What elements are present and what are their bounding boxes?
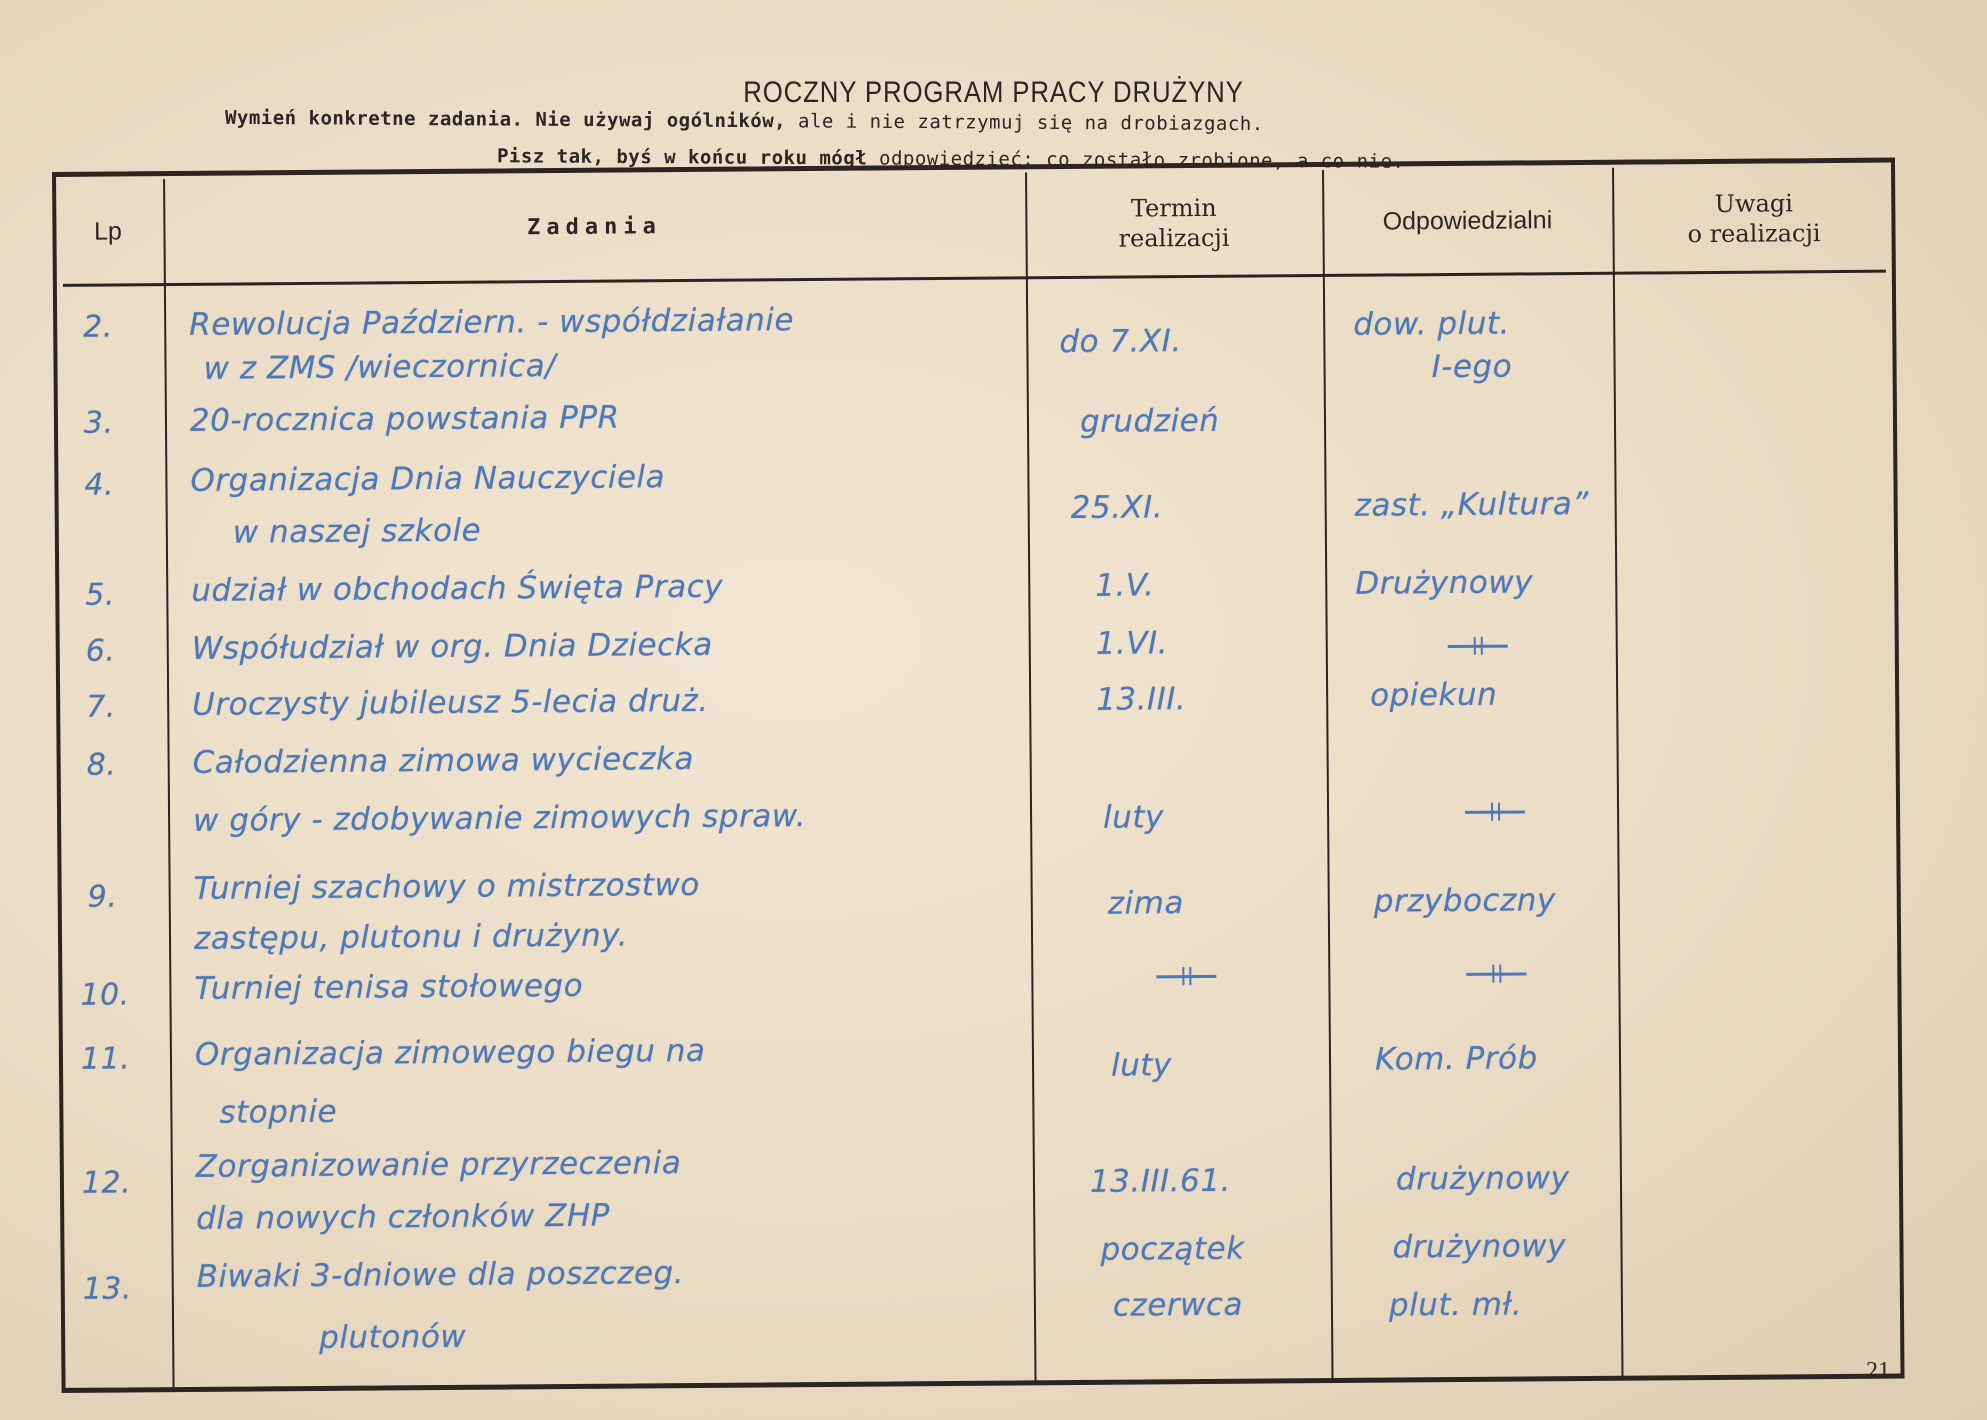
- row-lp: 5.: [85, 578, 115, 613]
- row-task: w naszej szkole: [233, 513, 482, 551]
- header-odpowiedzialni: Odpowiedzialni: [1322, 168, 1613, 274]
- row-lp: 8.: [87, 748, 117, 783]
- row-task: Zorganizowanie przyrzeczenia: [196, 1145, 682, 1185]
- row-task: 20-rocznica powstania PPR: [190, 400, 620, 439]
- header-uwagi-line2: o realizacji: [1687, 218, 1820, 249]
- row-deadline: 1.VI.: [1096, 625, 1169, 662]
- row-deadline: zima: [1108, 885, 1184, 922]
- row-deadline: do 7.XI.: [1059, 323, 1182, 360]
- row-deadline: czerwca: [1113, 1287, 1243, 1324]
- row-lp: 2.: [83, 310, 113, 345]
- row-deadline: 13.III.61.: [1090, 1163, 1231, 1200]
- row-responsible: opiekun: [1370, 677, 1497, 714]
- ditto-mark: [1156, 975, 1216, 978]
- row-responsible: przyboczny: [1374, 882, 1556, 919]
- row-lp: 10.: [80, 977, 129, 1012]
- header-termin-line1: Termin: [1131, 193, 1217, 224]
- row-task: Rewolucja Październ. - współdziałanie: [189, 302, 794, 343]
- row-responsible: zast. „Kultura”: [1355, 486, 1589, 524]
- row-task: plutonów: [319, 1319, 466, 1356]
- row-task: Współudział w org. Dnia Dziecka: [192, 627, 713, 667]
- row-lp: 7.: [86, 690, 116, 725]
- row-responsible: drużynowy: [1392, 1228, 1566, 1265]
- row-task: w góry - zdobywanie zimowych spraw.: [193, 798, 806, 839]
- row-lp: 3.: [84, 406, 114, 441]
- row-task: Uroczysty jubileusz 5-lecia druż.: [192, 683, 709, 723]
- row-lp: 6.: [86, 634, 116, 669]
- page-number: 21: [1866, 1358, 1890, 1385]
- row-task: stopnie: [219, 1094, 337, 1131]
- instructions-line-1: Wymień konkretne zadania. Nie używaj ogó…: [225, 107, 1264, 135]
- row-responsible: drużynowy: [1396, 1160, 1570, 1197]
- row-lp: 12.: [82, 1165, 131, 1200]
- ditto-mark: [1466, 972, 1526, 975]
- row-deadline: grudzień: [1080, 403, 1220, 440]
- header-lp: Lp: [52, 179, 164, 284]
- header-zadania: Zadania: [163, 172, 1026, 283]
- row-deadline: początek: [1100, 1231, 1244, 1268]
- header-termin: Termin realizacji: [1025, 170, 1323, 276]
- row-task: Biwaki 3-dniowe dla poszczeg.: [197, 1255, 685, 1295]
- instructions-line-1-regular: ale i nie zatrzymuj się na drobiazgach.: [786, 110, 1264, 135]
- row-lp: 4.: [84, 468, 114, 503]
- ditto-mark: [1448, 645, 1508, 648]
- header-termin-line2: realizacji: [1119, 223, 1230, 254]
- row-deadline: 1.V.: [1095, 567, 1154, 603]
- instructions-line-1-bold: Wymień konkretne zadania. Nie używaj ogó…: [225, 107, 786, 132]
- row-responsible: plut. mł.: [1389, 1286, 1523, 1323]
- row-responsible: dow. plut.: [1353, 306, 1510, 343]
- row-lp: 9.: [88, 880, 118, 915]
- row-task: w z ZMS /wieczornica/: [203, 348, 556, 387]
- program-table: Lp Zadania Termin realizacji Odpowiedzia…: [52, 158, 1905, 1393]
- row-task: Organizacja zimowego biegu na: [195, 1033, 706, 1073]
- row-responsible: I-ego: [1431, 349, 1512, 386]
- row-lp: 13.: [83, 1271, 132, 1306]
- row-deadline: luty: [1111, 1047, 1172, 1083]
- row-task: Organizacja Dnia Nauczyciela: [190, 459, 665, 499]
- row-task: dla nowych członków ZHP: [196, 1198, 610, 1237]
- row-task: udział w obchodach Święta Pracy: [191, 569, 723, 609]
- row-task: zastępu, plutonu i drużyny.: [194, 918, 628, 957]
- row-task: Turniej szachowy o mistrzostwo: [193, 867, 699, 907]
- row-deadline: 13.III.: [1096, 681, 1186, 718]
- row-responsible: Kom. Prób: [1375, 1040, 1538, 1077]
- header-uwagi-line1: Uwagi: [1715, 188, 1793, 219]
- header-uwagi: Uwagi o realizacji: [1612, 166, 1896, 272]
- row-lp: 11.: [81, 1041, 130, 1076]
- row-task: Turniej tenisa stołowego: [194, 968, 583, 1007]
- page-title: ROCZNY PROGRAM PRACY DRUŻYNY: [139, 76, 1848, 110]
- ditto-mark: [1465, 810, 1525, 813]
- row-task: Całodzienna zimowa wycieczka: [193, 741, 695, 781]
- row-deadline: luty: [1103, 799, 1164, 835]
- row-responsible: Drużynowy: [1355, 564, 1533, 601]
- row-deadline: 25.XI.: [1071, 489, 1164, 526]
